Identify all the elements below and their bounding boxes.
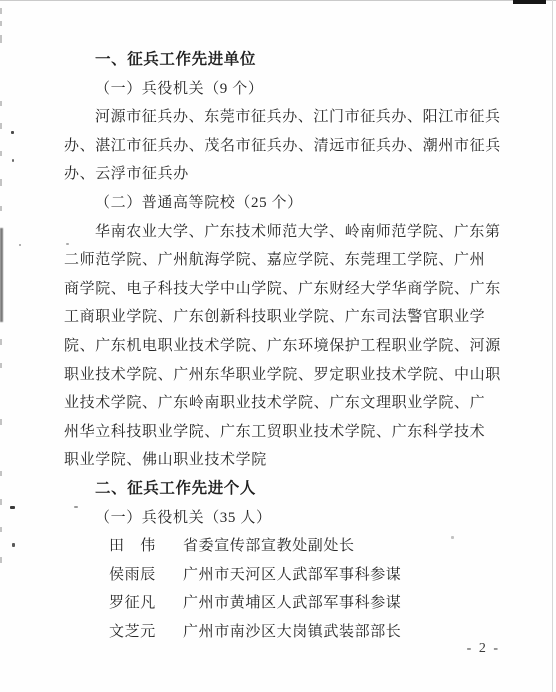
scan-artifact-speck bbox=[10, 506, 15, 509]
scan-artifact-edge-dash bbox=[0, 179, 2, 186]
scan-artifact-left-dark-strip bbox=[0, 228, 3, 322]
awardee-name: 文芝元 bbox=[109, 618, 183, 647]
page-number: - 2 - bbox=[467, 641, 500, 657]
scan-artifact-edge-dash bbox=[0, 499, 2, 505]
paragraph-line: 河源市征兵办、东莞市征兵办、江门市征兵办、阳江市征兵 bbox=[64, 103, 514, 132]
paragraph-line: 院、广东机电职业技术学院、广东环境保护工程职业学院、河源 bbox=[64, 332, 514, 361]
scan-artifact-edge-dash bbox=[0, 206, 2, 211]
paragraph-line: 二师范学院、广州航海学院、嘉应学院、东莞理工学院、广州 bbox=[64, 246, 514, 275]
section-1-heading: 一、征兵工作先进单位 bbox=[64, 46, 514, 75]
scan-artifact-edge-dash bbox=[0, 8, 2, 14]
paragraph-line: 办、云浮市征兵办 bbox=[64, 160, 514, 189]
awardee-title: 广州市南沙区大岗镇武装部部长 bbox=[183, 624, 401, 640]
paragraph-line: 华南农业大学、广东技术师范大学、岭南师范学院、广东第 bbox=[64, 218, 514, 247]
section-1-subheading-1: （一）兵役机关（9 个） bbox=[64, 75, 514, 104]
section-1-subheading-2: （二）普通高等院校（25 个） bbox=[64, 189, 514, 218]
paragraph-line: 办、湛江市征兵办、茂名市征兵办、清远市征兵办、潮州市征兵 bbox=[64, 132, 514, 161]
awardee-title: 省委宣传部宣教处副处长 bbox=[183, 538, 355, 554]
scan-artifact-edge-dash bbox=[0, 363, 2, 368]
scan-artifact-speck bbox=[12, 543, 15, 547]
awardee-name: 罗征凡 bbox=[109, 589, 183, 618]
scan-artifact-edge-dash bbox=[0, 557, 2, 563]
awardee-name: 侯雨辰 bbox=[109, 561, 183, 590]
scan-artifact-speck bbox=[12, 159, 14, 162]
scan-artifact-top-edge-line bbox=[0, 0, 556, 1]
scan-artifact-edge-dash bbox=[0, 419, 2, 425]
scanned-document-page: 一、征兵工作先进单位 （一）兵役机关（9 个） 河源市征兵办、东莞市征兵办、江门… bbox=[0, 0, 556, 692]
scan-artifact-black-bar bbox=[513, 0, 546, 4]
scan-artifact-edge-dash bbox=[0, 339, 2, 345]
awardee-name: 田 伟 bbox=[109, 532, 183, 561]
awardee-title: 广州市天河区人武部军事科参谋 bbox=[183, 567, 401, 583]
paragraph-line: 职业学院、佛山职业技术学院 bbox=[64, 446, 514, 475]
awardee-row: 田 伟省委宣传部宣教处副处长 bbox=[64, 532, 514, 561]
scan-artifact-edge-dash bbox=[0, 21, 2, 26]
scan-artifact-edge-dash bbox=[0, 151, 2, 156]
scan-artifact-edge-dash bbox=[0, 471, 2, 476]
paragraph-line: 职业技术学院、广州东华职业学院、罗定职业技术学院、中山职 bbox=[64, 361, 514, 390]
paragraph-line: 工商职业学院、广东创新科技职业学院、广东司法警官职业学 bbox=[64, 303, 514, 332]
scan-artifact-edge-dash bbox=[0, 35, 2, 43]
section-2-heading: 二、征兵工作先进个人 bbox=[64, 475, 514, 504]
scan-artifact-edge-dash bbox=[0, 527, 2, 532]
awardee-row: 文芝元广州市南沙区大岗镇武装部部长 bbox=[64, 618, 514, 647]
scan-artifact-edge-dash bbox=[0, 123, 2, 129]
scan-artifact-speck bbox=[19, 244, 21, 246]
scan-artifact-right-edge-line bbox=[552, 0, 553, 692]
paragraph-line: 业技术学院、广东岭南职业技术学院、广东文理职业学院、广 bbox=[64, 389, 514, 418]
scan-artifact-edge-dash bbox=[0, 101, 2, 106]
paragraph-line: 州华立科技职业学院、广东工贸职业技术学院、广东科学技术 bbox=[64, 418, 514, 447]
document-body: 一、征兵工作先进单位 （一）兵役机关（9 个） 河源市征兵办、东莞市征兵办、江门… bbox=[64, 46, 514, 646]
section-2-subheading-1: （一）兵役机关（35 人） bbox=[64, 504, 514, 533]
awardee-row: 侯雨辰广州市天河区人武部军事科参谋 bbox=[64, 561, 514, 590]
scan-artifact-speck bbox=[11, 131, 14, 134]
paragraph-line: 商学院、电子科技大学中山学院、广东财经大学华商学院、广东 bbox=[64, 275, 514, 304]
awardee-title: 广州市黄埔区人武部军事科参谋 bbox=[183, 595, 401, 611]
awardee-row: 罗征凡广州市黄埔区人武部军事科参谋 bbox=[64, 589, 514, 618]
